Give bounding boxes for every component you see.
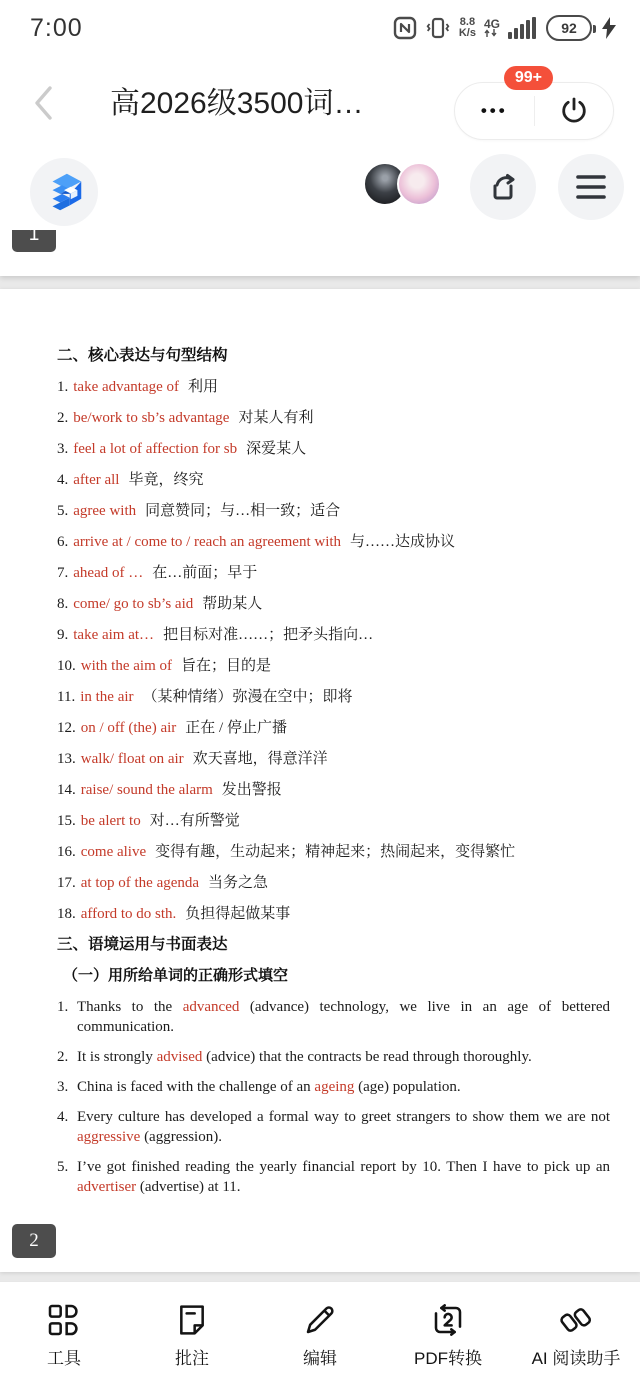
exercise-sentence: 3. China is faced with the challenge of …: [57, 1077, 610, 1097]
phrase-english: with the aim of: [81, 658, 172, 674]
phrase-number: 6.: [57, 534, 68, 550]
phrase-english: arrive at / come to / reach an agreement…: [73, 534, 341, 550]
back-button[interactable]: [30, 82, 56, 124]
tools-grid-icon: [48, 1304, 80, 1336]
title-bar: 高2026级3500词… ••• 99+: [0, 56, 640, 150]
phrase-number: 3.: [57, 441, 68, 457]
phrase-chinese: 对…有所警觉: [150, 813, 240, 829]
sentence-number: 5.: [57, 1157, 77, 1197]
phrase-english: take aim at…: [73, 627, 154, 643]
phrase-number: 13.: [57, 751, 76, 767]
signal-bars-icon: [508, 17, 538, 39]
exercise-sentence: 5. I’ve got finished reading the yearly …: [57, 1157, 610, 1197]
sentence-number: 1.: [57, 997, 77, 1037]
battery-indicator: 92: [546, 15, 592, 41]
phrase-item: 12.on / off (the) air正在 / 停止广播: [57, 719, 610, 737]
phrase-english: on / off (the) air: [81, 720, 177, 736]
phrase-english: take advantage of: [73, 379, 179, 395]
phrase-english: ahead of …: [73, 565, 143, 581]
exercise-sentence: 2. It is strongly advised (advice) that …: [57, 1047, 610, 1067]
answer-word: advertiser: [77, 1179, 136, 1195]
phrase-english: walk/ float on air: [81, 751, 184, 767]
avatar[interactable]: [397, 162, 441, 206]
phrase-chinese: 负担得起做某事: [185, 906, 290, 922]
share-icon: [486, 170, 520, 204]
phrase-number: 7.: [57, 565, 68, 581]
nfc-icon: [393, 16, 417, 40]
power-icon: [559, 96, 589, 126]
sentence-text: Every culture has developed a formal way…: [77, 1107, 610, 1147]
sentence-number: 4.: [57, 1107, 77, 1147]
phrase-chinese: 旨在；目的是: [181, 658, 271, 674]
phrase-chinese: 同意赞同；与…相一致；适合: [145, 503, 340, 519]
answer-word: advanced: [183, 999, 240, 1015]
sentence-number: 2.: [57, 1047, 77, 1067]
phrase-chinese: 变得有趣，生动起来；精神起来；热闹起来，变得繁忙: [155, 844, 515, 860]
phrase-item: 16.come alive变得有趣，生动起来；精神起来；热闹起来，变得繁忙: [57, 843, 610, 861]
phrase-item: 10.with the aim of旨在；目的是: [57, 657, 610, 675]
answer-word: ageing: [314, 1079, 354, 1095]
page-2: 二、核心表达与句型结构 1.take advantage of利用 2.be/w…: [0, 289, 640, 1272]
exercise-sentence: 1. Thanks to the advanced (advance) tech…: [57, 997, 610, 1037]
charging-bolt-icon: [602, 17, 616, 39]
share-button[interactable]: [470, 154, 536, 220]
phrase-item: 5.agree with同意赞同；与…相一致；适合: [57, 502, 610, 520]
phrase-item: 17.at top of the agenda当务之急: [57, 874, 610, 892]
more-button[interactable]: •••: [455, 83, 534, 139]
phrase-item: 6.arrive at / come to / reach an agreeme…: [57, 533, 610, 551]
phrase-number: 15.: [57, 813, 76, 829]
phrase-number: 11.: [57, 689, 75, 705]
sentence-text: Thanks to the advanced (advance) technol…: [77, 997, 610, 1037]
phrase-english: be alert to: [81, 813, 141, 829]
pdf-convert-icon: [432, 1304, 464, 1336]
section-heading: 三、语境运用与书面表达: [57, 936, 610, 954]
app-logo[interactable]: [30, 158, 98, 226]
sentence-text: China is faced with the challenge of an …: [77, 1077, 610, 1097]
phrase-number: 14.: [57, 782, 76, 798]
toolbar-item-edit[interactable]: 编辑: [256, 1300, 384, 1369]
phrase-item: 3.feel a lot of affection for sb深爱某人: [57, 440, 610, 458]
phrase-number: 1.: [57, 379, 68, 395]
phrase-chinese: 对某人有利: [238, 410, 313, 426]
phrase-english: be/work to sb’s advantage: [73, 410, 229, 426]
sentence-text: It is strongly advised (advice) that the…: [77, 1047, 610, 1067]
phrase-number: 10.: [57, 658, 76, 674]
phrase-number: 8.: [57, 596, 68, 612]
phrase-english: after all: [73, 472, 119, 488]
toolbar-item-pdf-convert[interactable]: PDF转换: [384, 1300, 512, 1369]
notification-badge: 99+: [504, 66, 553, 90]
page-1-bottom: 1: [0, 230, 640, 276]
phrase-english: agree with: [73, 503, 136, 519]
phrase-item: 18.afford to do sth.负担得起做某事: [57, 905, 610, 923]
toolbar-item-tools[interactable]: 工具: [0, 1300, 128, 1369]
phrase-item: 8.come/ go to sb’s aid帮助某人: [57, 595, 610, 613]
phrase-chinese: 与……达成协议: [350, 534, 455, 550]
phrase-number: 9.: [57, 627, 68, 643]
network-type: 4G: [484, 19, 500, 37]
phrase-number: 18.: [57, 906, 76, 922]
phrase-item: 11.in the air（某种情绪）弥漫在空中；即将: [57, 688, 610, 706]
phrase-chinese: 帮助某人: [202, 596, 262, 612]
phrase-item: 13.walk/ float on air欢天喜地，得意洋洋: [57, 750, 610, 768]
toolbar-item-ai-reader[interactable]: AI 阅读助手: [512, 1300, 640, 1369]
ai-reader-icon: [560, 1304, 592, 1336]
phrase-english: come/ go to sb’s aid: [73, 596, 193, 612]
phrase-item: 4.after all毕竟，终究: [57, 471, 610, 489]
phrase-number: 5.: [57, 503, 68, 519]
phrase-number: 12.: [57, 720, 76, 736]
annotate-icon: [176, 1304, 208, 1336]
collaborator-avatars[interactable]: [363, 162, 441, 206]
page-number-badge: 1: [12, 230, 56, 252]
phrase-chinese: 把目标对准……；把矛头指向…: [163, 627, 373, 643]
phrase-chinese: 发出警报: [222, 782, 282, 798]
phrase-number: 17.: [57, 875, 76, 891]
phrase-chinese: 深爱某人: [246, 441, 306, 457]
phrase-chinese: （某种情绪）弥漫在空中；即将: [143, 689, 353, 705]
phrase-chinese: 欢天喜地，得意洋洋: [193, 751, 328, 767]
phrase-number: 2.: [57, 410, 68, 426]
sentence-number: 3.: [57, 1077, 77, 1097]
phrase-item: 15.be alert to对…有所警觉: [57, 812, 610, 830]
network-speed: 8.8 K/s: [459, 17, 476, 39]
phrase-english: come alive: [81, 844, 146, 860]
menu-button[interactable]: [558, 154, 624, 220]
phrase-number: 4.: [57, 472, 68, 488]
phrase-item: 2.be/work to sb’s advantage对某人有利: [57, 409, 610, 427]
document-title: 高2026级3500词…: [110, 78, 460, 122]
window-actions: ••• 99+: [454, 82, 614, 140]
power-close-button[interactable]: [535, 83, 614, 139]
phrase-number: 16.: [57, 844, 76, 860]
phrase-english: feel a lot of affection for sb: [73, 441, 237, 457]
phrase-english: at top of the agenda: [81, 875, 199, 891]
blue-stack-logo-icon: [41, 169, 87, 215]
clock: 7:00: [30, 14, 83, 43]
phrase-item: 7.ahead of …在…前面；早于: [57, 564, 610, 582]
phrase-chinese: 在…前面；早于: [152, 565, 257, 581]
vibrate-icon: [425, 15, 451, 41]
phrase-item: 1.take advantage of利用: [57, 378, 610, 396]
answer-word: aggressive: [77, 1129, 140, 1145]
page-number-badge: 2: [12, 1224, 56, 1258]
phrase-chinese: 毕竟，终究: [128, 472, 203, 488]
phrase-english: afford to do sth.: [81, 906, 177, 922]
exercise-heading: （一）用所给单词的正确形式填空: [57, 967, 610, 985]
phrase-chinese: 当务之急: [208, 875, 268, 891]
edit-pencil-icon: [304, 1304, 336, 1336]
exercise-sentence: 4. Every culture has developed a formal …: [57, 1107, 610, 1147]
app-header: [0, 150, 640, 230]
toolbar-item-annotate[interactable]: 批注: [128, 1300, 256, 1369]
document-viewport[interactable]: 1 二、核心表达与句型结构 1.take advantage of利用 2.be…: [0, 230, 640, 1281]
bottom-toolbar: 工具 批注 编辑: [0, 1281, 640, 1387]
phrase-chinese: 正在 / 停止广播: [185, 720, 287, 736]
status-bar: 7:00 8.8 K/s 4G 92: [0, 0, 640, 56]
phrase-english: in the air: [80, 689, 133, 705]
sentence-text: I’ve got finished reading the yearly fin…: [77, 1157, 610, 1197]
phrase-item: 14.raise/ sound the alarm发出警报: [57, 781, 610, 799]
hamburger-icon: [575, 173, 607, 201]
phrase-english: raise/ sound the alarm: [81, 782, 213, 798]
answer-word: advised: [157, 1049, 203, 1065]
phrase-item: 9.take aim at…把目标对准……；把矛头指向…: [57, 626, 610, 644]
section-heading: 二、核心表达与句型结构: [57, 347, 610, 365]
phrase-chinese: 利用: [188, 379, 218, 395]
